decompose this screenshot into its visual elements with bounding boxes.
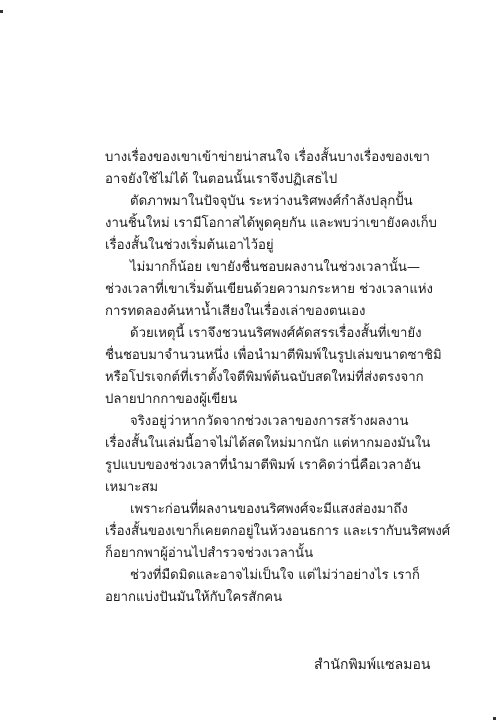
text-line: หรือโปรเจกต์ที่เราตั้งใจตีพิมพ์ต้นฉบับสด… <box>105 367 417 389</box>
text-line: ปลายปากกาของผู้เขียน <box>105 389 417 411</box>
text-line: การทดลองค้นหาน้ำเสียงในเรื่องเล่าของตนเอ… <box>105 301 417 323</box>
text-line: ด้วยเหตุนี้ เราจึงชวนนริศพงศ์คัดสรรเรื่อ… <box>105 323 417 345</box>
text-line: จริงอยู่ว่าหากวัดจากช่วงเวลาของการสร้างผ… <box>105 411 417 433</box>
text-line: รูปแบบของช่วงเวลาที่นำมาตีพิมพ์ เราคิดว่… <box>105 455 417 477</box>
text-line: เพราะก่อนที่ผลงานของนริศพงศ์จะมีแสงส่องม… <box>105 499 417 521</box>
text-line: ช่วงที่มืดมิดและอาจไม่เป็นใจ แต่ไม่ว่าอย… <box>105 565 417 587</box>
text-line: ชื่นชอบมาจำนวนหนึ่ง เพื่อนำมาตีพิมพ์ในรู… <box>105 345 417 367</box>
crop-mark <box>0 10 3 13</box>
text-line: ก็อยากพาผู้อ่านไปสำรวจช่วงเวลานั้น <box>105 543 417 565</box>
text-line: เรื่องสั้นในช่วงเริ่มต้นเอาไว้อยู่ <box>105 235 417 257</box>
text-line: อาจยังใช้ไม่ได้ ในตอนนั้นเราจึงปฏิเสธไป <box>105 169 417 191</box>
text-line: เรื่องสั้นในเล่มนี้อาจไม่ได้สดใหม่มากนัก… <box>105 433 417 455</box>
document-page: บางเรื่องของเขาเข้าข่ายน่าสนใจ เรื่องสั้… <box>0 0 496 728</box>
text-line: เหมาะสม <box>105 477 417 499</box>
text-line: เรื่องสั้นของเขาก็เคยตกอยู่ในห้วงอนธการ … <box>105 521 417 543</box>
text-line: งานชิ้นใหม่ เรามีโอกาสได้พูดคุยกัน และพบ… <box>105 213 417 235</box>
text-line: ช่วงเวลาที่เขาเริ่มต้นเขียนด้วยความกระหา… <box>105 279 417 301</box>
text-line: อยากแบ่งปันมันให้กับใครสักคน <box>105 587 417 609</box>
text-line: ไม่มากก็น้อย เขายังชื่นชอบผลงานในช่วงเวล… <box>105 257 417 279</box>
publisher-signature: สำนักพิมพ์แซลมอน <box>314 654 430 676</box>
body-text: บางเรื่องของเขาเข้าข่ายน่าสนใจ เรื่องสั้… <box>105 147 417 609</box>
text-line: บางเรื่องของเขาเข้าข่ายน่าสนใจ เรื่องสั้… <box>105 147 417 169</box>
text-line: ตัดภาพมาในปัจจุบัน ระหว่างนริศพงศ์กำลังป… <box>105 191 417 213</box>
